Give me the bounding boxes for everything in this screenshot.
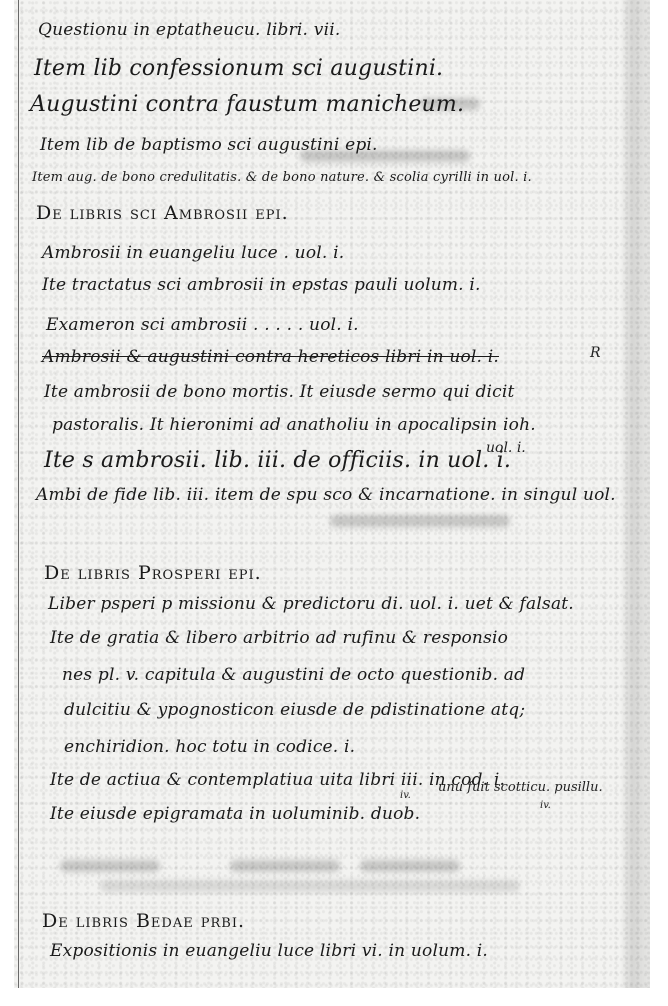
page-edge-shadow xyxy=(620,0,650,1006)
left-margin-rule xyxy=(18,0,19,1006)
section-heading: De libris Prosperi epi. xyxy=(44,562,262,584)
catalogue-entry: Exameron sci ambrosii . . . . . uol. i. xyxy=(46,315,359,335)
section-heading: De libris sci Ambrosii epi. xyxy=(36,202,289,224)
catalogue-entry: Augustini contra faustum manicheum. xyxy=(30,92,464,117)
catalogue-entry: Ite de gratia & libero arbitrio ad rufin… xyxy=(50,628,508,648)
page-bottom-edge xyxy=(0,988,668,1006)
catalogue-entry: dulcitiu & ypognosticon eiusde de pdisti… xyxy=(64,700,525,720)
catalogue-entry: enchiridion. hoc totu in codice. i. xyxy=(64,737,355,757)
erasure-smudge xyxy=(330,515,510,527)
margin-note: R xyxy=(590,345,601,361)
catalogue-entry: nes pl. v. capitula & augustini de octo … xyxy=(62,665,525,685)
margin-note: iv. xyxy=(400,790,411,801)
margin-note: uol. i. xyxy=(486,440,526,456)
catalogue-entry: Ambi de fide lib. iii. item de spu sco &… xyxy=(36,485,616,505)
catalogue-entry: pastoralis. It hieronimi ad anatholiu in… xyxy=(52,415,536,435)
catalogue-entry: Questionu in eptatheucu. libri. vii. xyxy=(38,20,340,40)
catalogue-entry: Ite s ambrosii. lib. iii. de officiis. i… xyxy=(44,448,511,473)
catalogue-entry: Ite tractatus sci ambrosii in epstas pau… xyxy=(42,275,481,295)
erasure-smudge xyxy=(230,860,340,872)
catalogue-entry: Item lib confessionum sci augustini. xyxy=(34,56,443,81)
margin-note: unu fuit scotticu. pusillu. xyxy=(438,780,603,795)
section-heading: De libris Bedae prbi. xyxy=(42,910,245,932)
margin-note: iv. xyxy=(540,800,551,811)
catalogue-entry: Ambrosii in euangeliu luce . uol. i. xyxy=(42,243,344,263)
erasure-smudge xyxy=(60,860,160,872)
catalogue-entry: Ite de actiua & contemplatiua uita libri… xyxy=(50,770,505,790)
catalogue-entry: Liber psperi p missionu & predictoru di.… xyxy=(48,594,574,614)
catalogue-entry: Item lib de baptismo sci augustini epi. xyxy=(40,135,378,155)
catalogue-entry: Ite eiusde epigramata in uoluminib. duob… xyxy=(50,804,420,824)
erasure-smudge xyxy=(360,860,460,872)
erasure-smudge xyxy=(100,880,520,892)
catalogue-entry: Expositionis in euangeliu luce libri vi.… xyxy=(50,941,488,961)
catalogue-entry: Ite ambrosii de bono mortis. It eiusde s… xyxy=(44,382,515,402)
catalogue-entry: Ambrosii & augustini contra hereticos li… xyxy=(42,347,499,367)
catalogue-entry: Item aug. de bono credulitatis. & de bon… xyxy=(32,170,532,185)
